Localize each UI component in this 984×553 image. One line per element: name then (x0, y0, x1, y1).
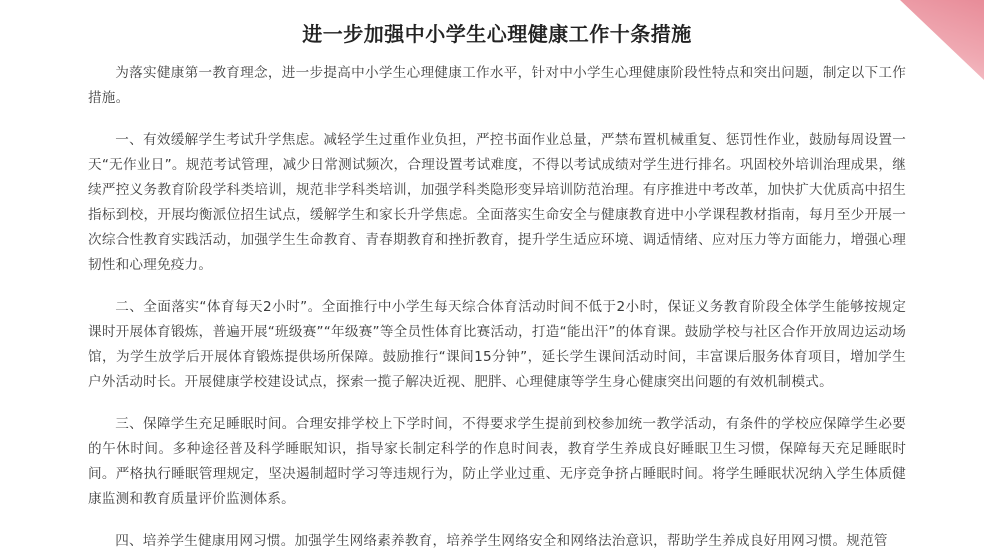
decorative-corner-ribbon (900, 0, 984, 80)
section-paragraph-4: 四、培养学生健康用网习惯。加强学生网络素养教育，培养学生网络安全和网络法治意识，… (88, 529, 906, 553)
section-paragraph-1: 一、有效缓解学生考试升学焦虑。减轻学生过重作业负担，严控书面作业总量，严禁布置机… (88, 128, 906, 278)
intro-paragraph: 为落实健康第一教育理念，进一步提高中小学生心理健康工作水平，针对中小学生心理健康… (88, 61, 906, 111)
section-paragraph-2: 二、全面落实“体育每天2小时”。全面推行中小学生每天综合体育活动时间不低于2小时… (88, 295, 906, 395)
section-paragraph-3: 三、保障学生充足睡眠时间。合理安排学校上下学时间，不得要求学生提前到校参加统一教… (88, 412, 906, 512)
document-title: 进一步加强中小学生心理健康工作十条措施 (88, 0, 906, 49)
document-body: 进一步加强中小学生心理健康工作十条措施 为落实健康第一教育理念，进一步提高中小学… (88, 0, 906, 553)
